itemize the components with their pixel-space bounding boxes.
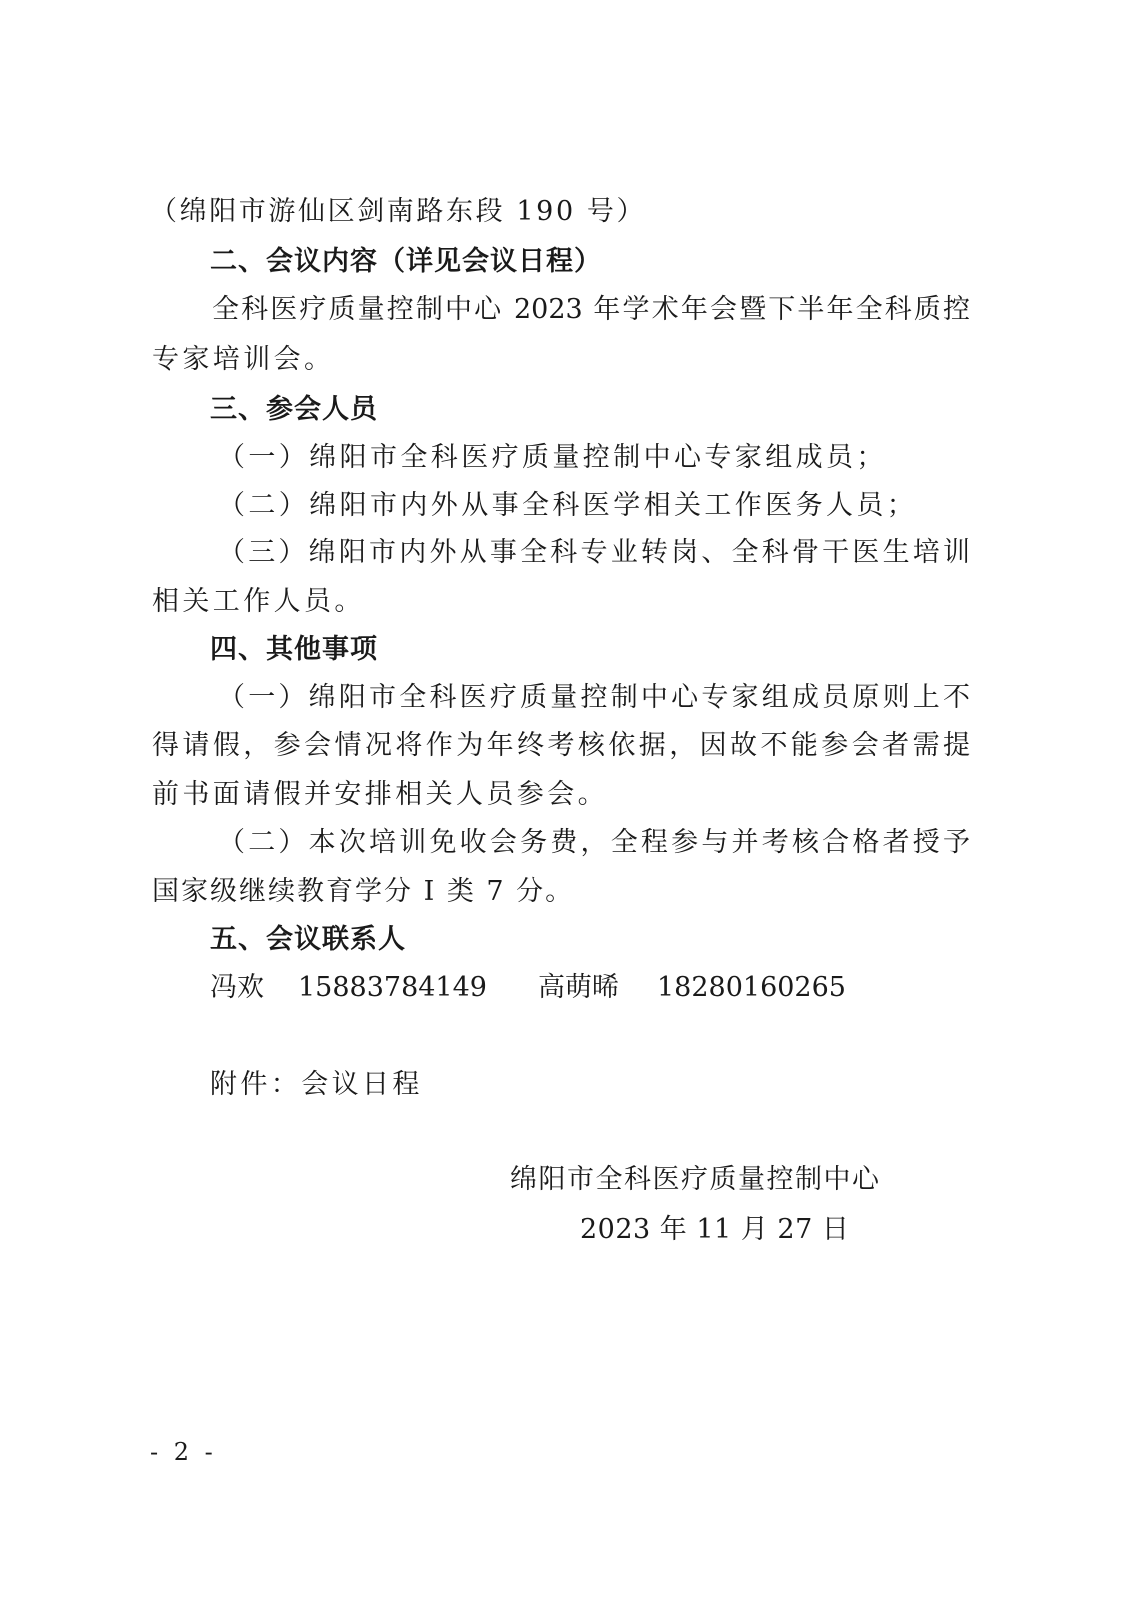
list-item: （二）本次培训免收会务费，全程参与并考核合格者授予 <box>218 826 970 860</box>
list-item: （一）绵阳市全科医疗质量控制中心专家组成员原则上不 <box>218 681 970 715</box>
page-number: - 2 - <box>150 1438 217 1466</box>
address-line: （绵阳市游仙区剑南路东段 190 号） <box>150 195 970 229</box>
paragraph-line: 全科医疗质量控制中心 2023 年学术年会暨下半年全科质控 <box>212 293 970 327</box>
paragraph-line: 专家培训会。 <box>152 343 972 377</box>
attachment-line: 附件：会议日程 <box>210 1068 1030 1102</box>
paragraph-line: 国家级继续教育学分 I 类 7 分。 <box>152 875 972 909</box>
list-item: （二）绵阳市内外从事全科医学相关工作医务人员； <box>218 489 1038 523</box>
paragraph-line: 相关工作人员。 <box>152 585 972 619</box>
section-heading-attendees: 三、参会人员 <box>210 393 1030 427</box>
signature-org: 绵阳市全科医疗质量控制中心 <box>510 1163 910 1197</box>
contact-name: 高萌晞 <box>538 971 619 1005</box>
paragraph-line: 前书面请假并安排相关人员参会。 <box>152 778 972 812</box>
contact-phone: 18280160265 <box>657 971 846 1005</box>
list-item: （一）绵阳市全科医疗质量控制中心专家组成员； <box>218 441 1038 475</box>
section-heading-contacts: 五、会议联系人 <box>210 923 1030 957</box>
contact-name: 冯欢 <box>210 971 264 1005</box>
section-heading-other: 四、其他事项 <box>210 633 1030 667</box>
signature-date: 2023 年 11 月 27 日 <box>580 1213 880 1247</box>
section-heading-content: 二、会议内容（详见会议日程） <box>210 245 1030 279</box>
paragraph-line: 得请假，参会情况将作为年终考核依据，因故不能参会者需提 <box>152 729 970 763</box>
list-item: （三）绵阳市内外从事全科专业转岗、全科骨干医生培训 <box>218 536 970 570</box>
contact-phone: 15883784149 <box>298 971 487 1005</box>
